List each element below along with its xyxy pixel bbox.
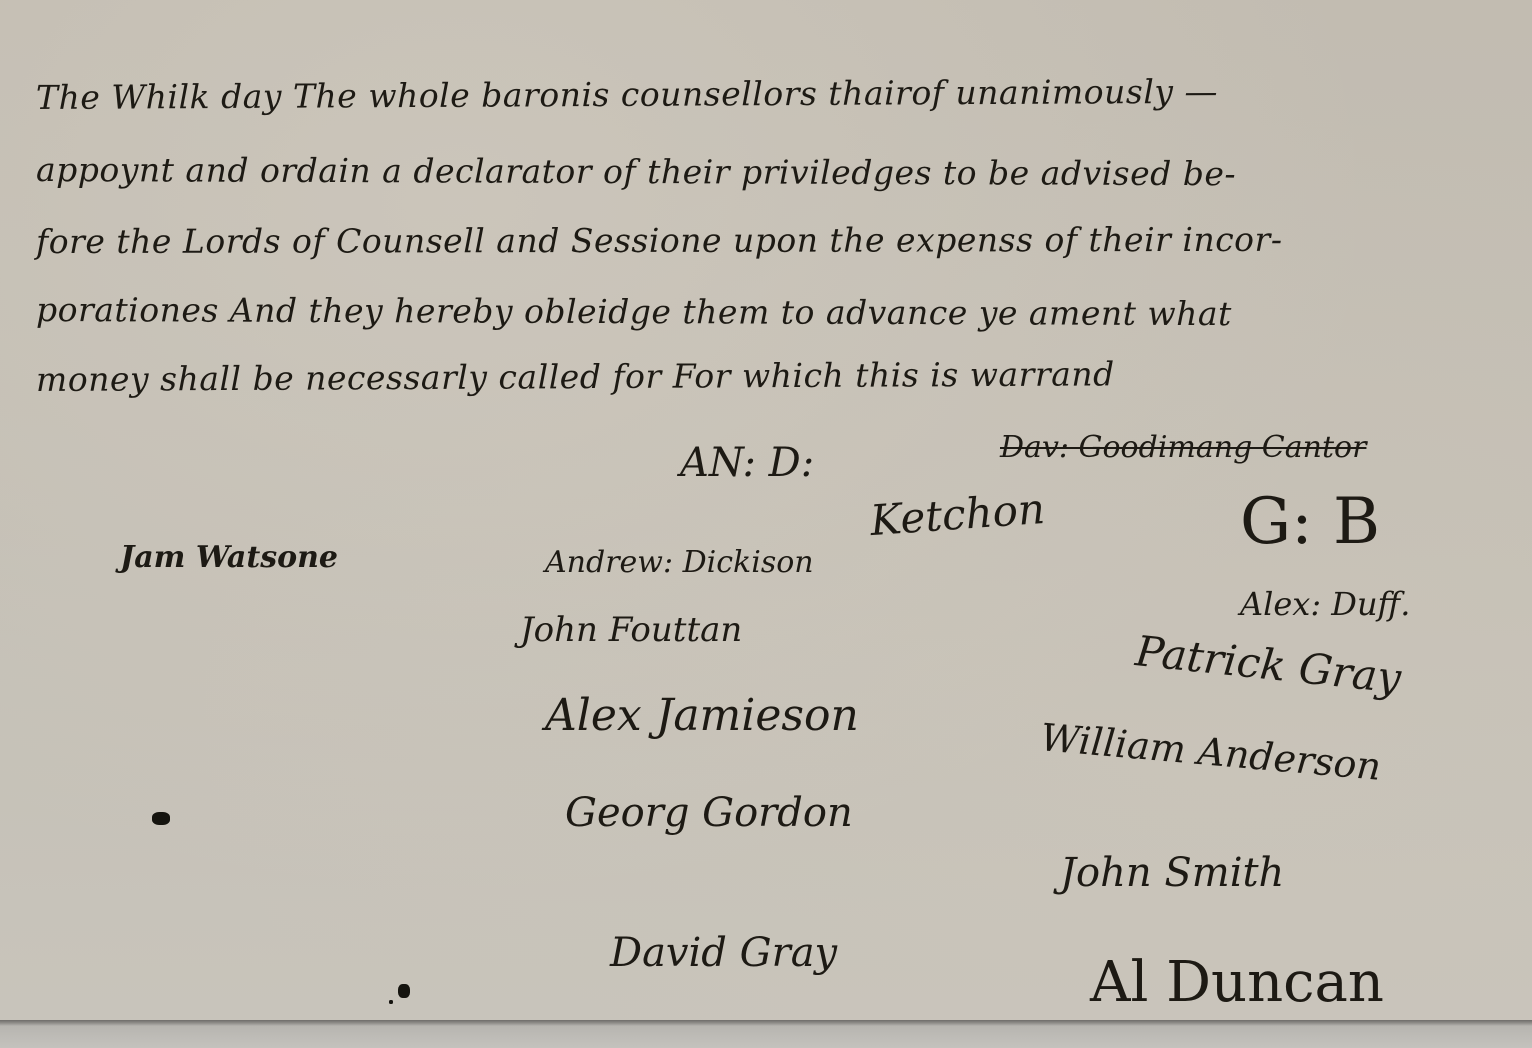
signature: John Fouttan <box>520 610 742 650</box>
signature: Al Duncan <box>1090 950 1384 1015</box>
manuscript-page: The Whilk day The whole baronis counsell… <box>0 0 1532 1020</box>
signature: Georg Gordon <box>565 790 853 836</box>
signature: Dav: Goodimang Cantor <box>1000 430 1366 465</box>
signature: Andrew: Dickison <box>545 545 814 580</box>
ink-blot <box>398 984 410 998</box>
ink-blot <box>152 812 170 825</box>
signature: William Anderson <box>1039 715 1383 789</box>
signature: Ketchon <box>869 484 1047 545</box>
body-line-2: appoynt and ordain a declarator of their… <box>36 150 1236 193</box>
signature: John Smith <box>1060 850 1284 896</box>
signature: AN: D: <box>680 440 814 486</box>
page-bottom-edge <box>0 1020 1532 1048</box>
signature: Jam Watsone <box>120 540 338 575</box>
signature: Alex Jamieson <box>545 690 859 741</box>
signature: David Gray <box>610 930 837 976</box>
signature: Alex: Duff. <box>1240 585 1410 623</box>
body-line-5: money shall be necessarly called for For… <box>36 354 1115 399</box>
body-line-3: fore the Lords of Counsell and Sessione … <box>36 220 1283 261</box>
signature: Patrick Gray <box>1133 626 1403 703</box>
body-line-4: porationes And they hereby obleidge them… <box>36 290 1232 333</box>
body-line-1: The Whilk day The whole baronis counsell… <box>36 72 1218 117</box>
ink-blot <box>389 1000 393 1004</box>
signature: G: B <box>1240 485 1380 559</box>
